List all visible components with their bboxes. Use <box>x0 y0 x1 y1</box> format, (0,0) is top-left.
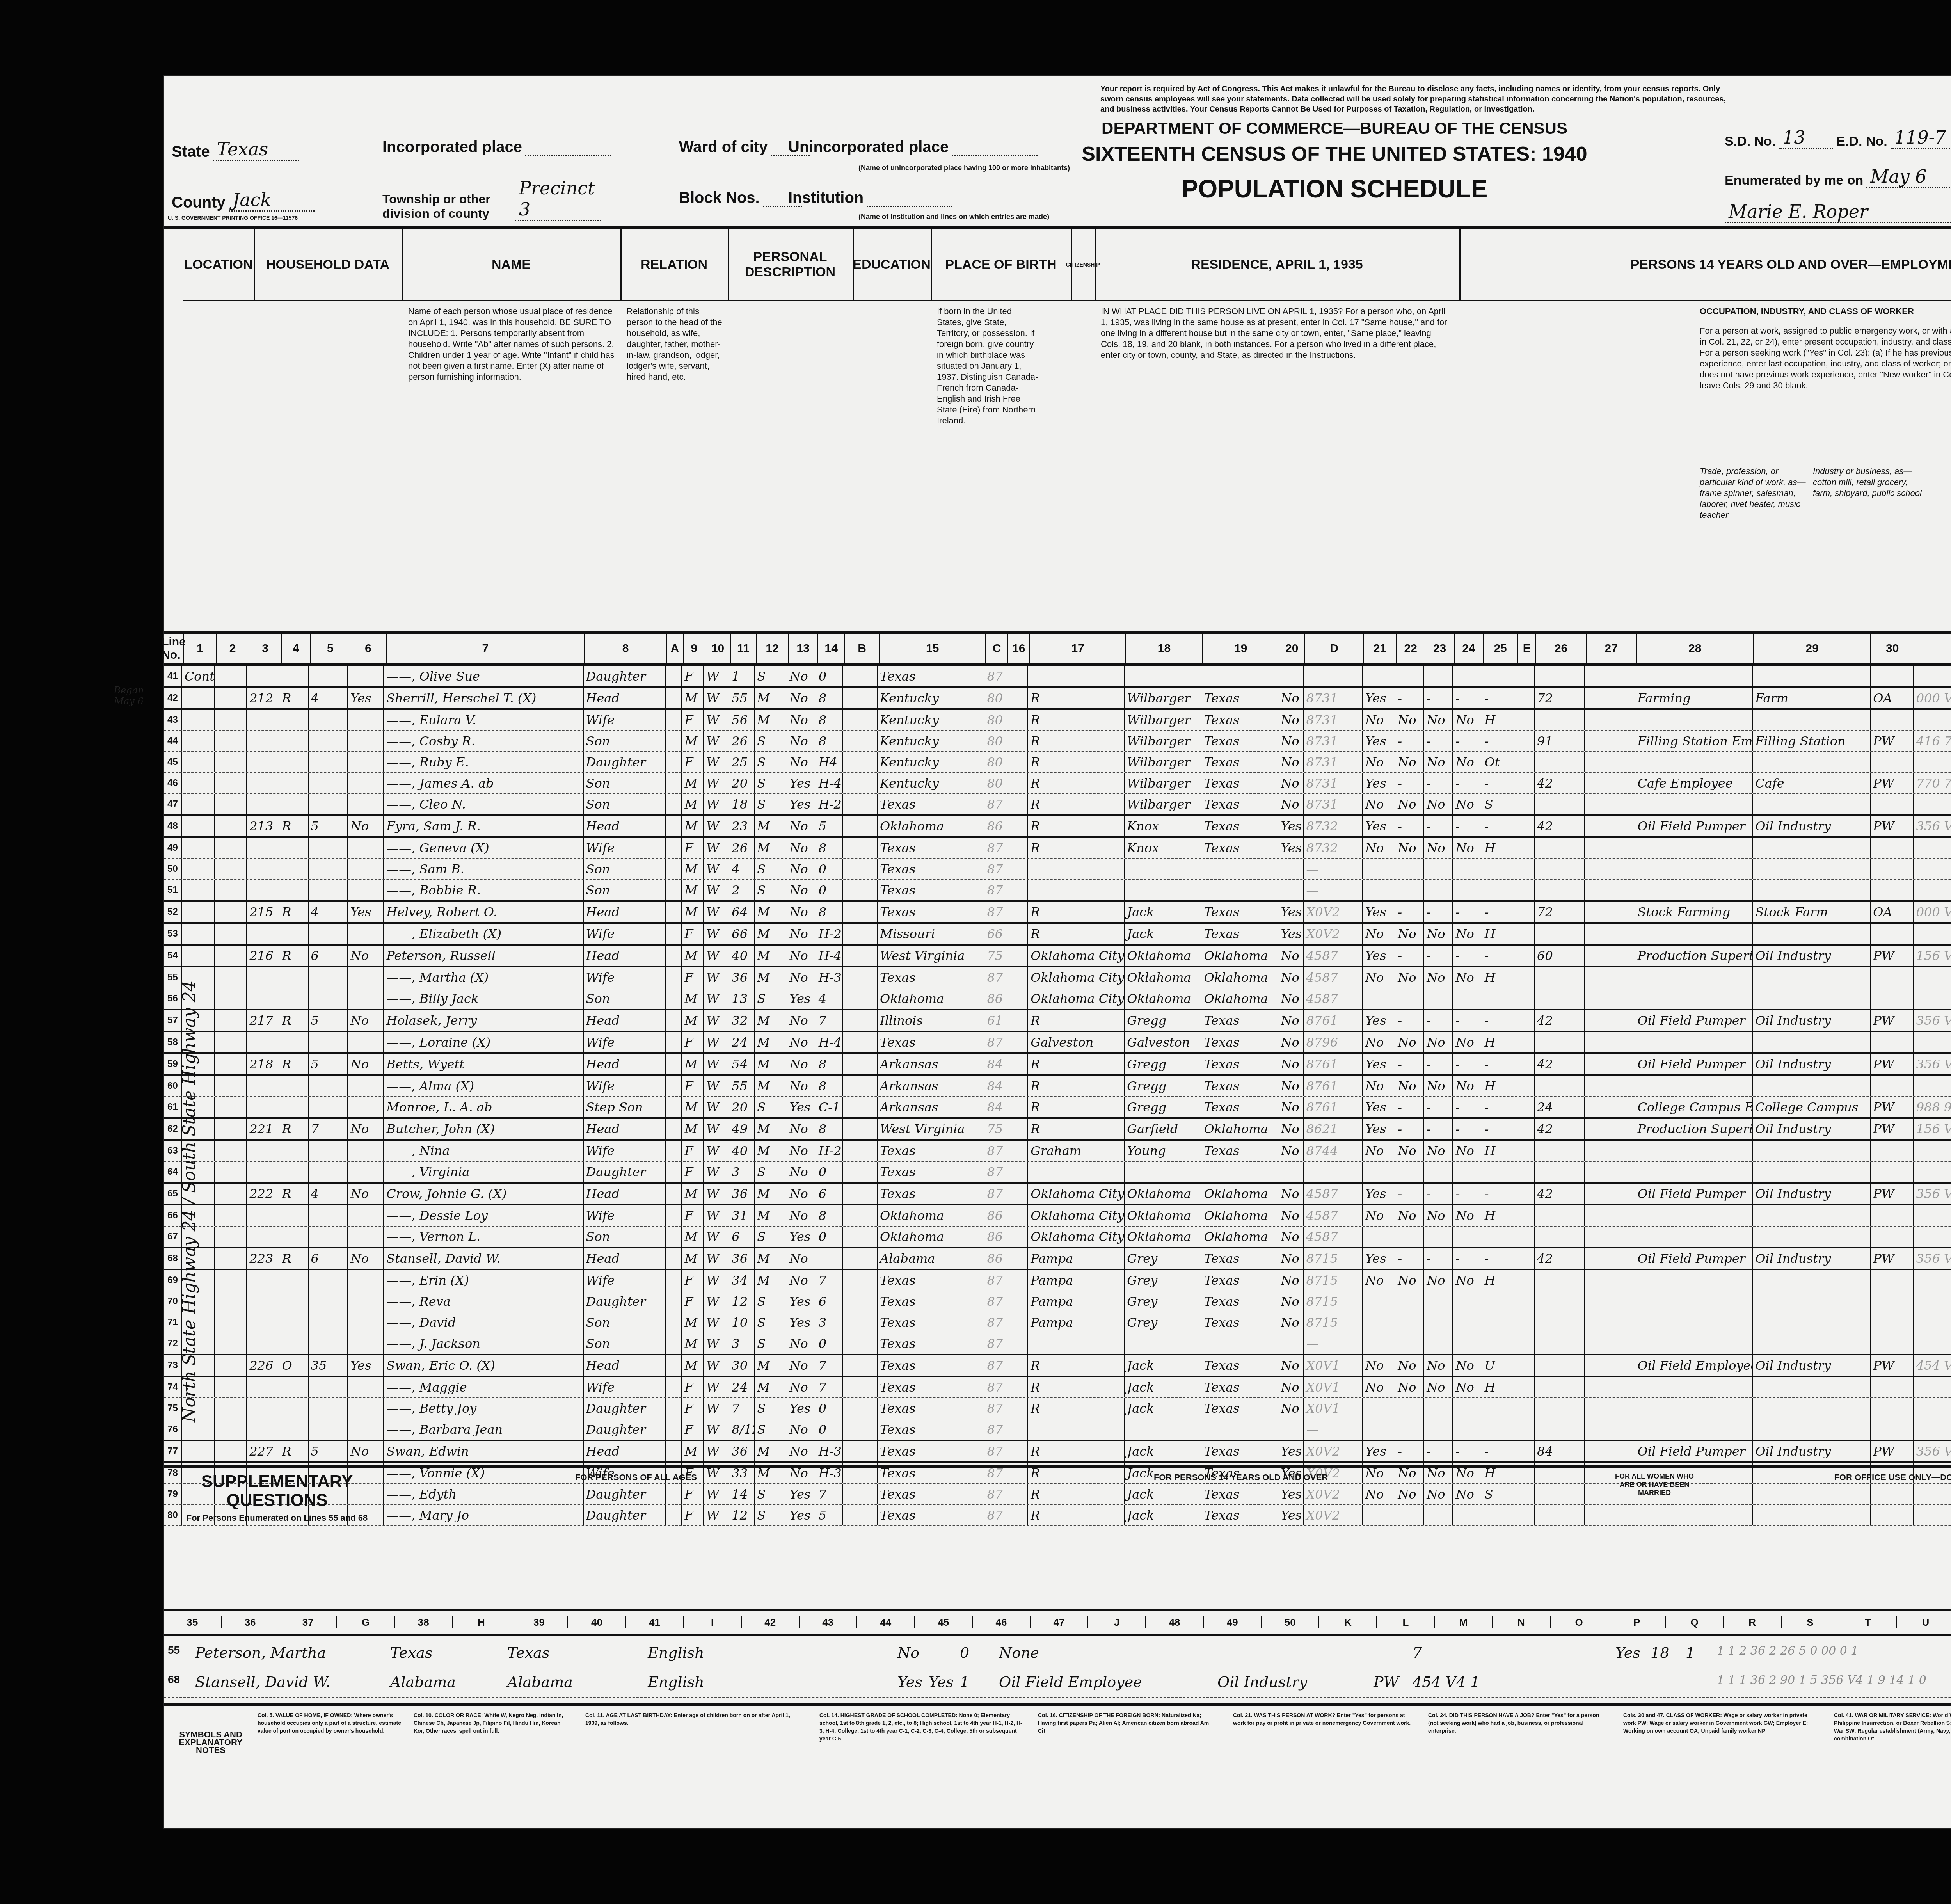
cell-res-code: 4587 <box>1304 1184 1363 1204</box>
cell-ed-code <box>843 859 878 879</box>
cell-birth-code: 75 <box>984 1119 1006 1139</box>
cell-e-code <box>1516 1054 1535 1074</box>
cell-has-job <box>1453 1398 1482 1419</box>
cell-owned <box>279 1377 308 1397</box>
cell-rel-code <box>666 1205 682 1226</box>
cell-seeking <box>1424 1312 1453 1333</box>
cell-value <box>309 773 348 793</box>
cell-other: - <box>1482 1119 1517 1139</box>
cell-age: 36 <box>729 967 755 988</box>
cell-owned: R <box>279 1184 308 1204</box>
cell-hours <box>1535 924 1585 944</box>
cell-house <box>215 1419 247 1440</box>
cell-res-place: R <box>1028 1119 1125 1139</box>
cell-age: 6 <box>729 1227 755 1247</box>
cell-rel-code <box>666 946 682 966</box>
cell-visit <box>247 1205 279 1226</box>
cell-industry <box>1753 880 1871 900</box>
column-number: Line No. <box>164 634 184 663</box>
cell-e-code <box>1516 838 1535 858</box>
column-number: C <box>986 634 1008 663</box>
cell-street <box>182 752 215 772</box>
cell-value <box>309 752 348 772</box>
cell-sex: M <box>682 731 704 751</box>
table-row: 62221R7NoButcher, John (X)HeadMW49MNo8We… <box>164 1119 1951 1141</box>
cell-relation: Head <box>584 1054 666 1074</box>
cell-pub-emerg <box>1395 859 1424 879</box>
cell-res-state: Texas <box>1201 1312 1278 1333</box>
cell-house <box>215 1119 247 1139</box>
note-col41: Col. 41. WAR OR MILITARY SERVICE: World … <box>1834 1711 1951 1742</box>
cell-e-code <box>1516 1377 1535 1397</box>
cell-grade: 6 <box>816 1184 844 1204</box>
cell-visit: 217 <box>247 1010 279 1031</box>
cell-grade: 8 <box>816 731 844 751</box>
cell-name: ——, Olive Sue <box>384 666 583 686</box>
cell-hours <box>1535 794 1585 814</box>
cell-grade: H-4 <box>816 773 844 793</box>
cell-at-work: Yes <box>1363 816 1395 836</box>
cell-industry: Oil Industry <box>1753 1054 1871 1074</box>
cell-e-code <box>1516 773 1535 793</box>
cell-at-work: Yes <box>1363 1184 1395 1204</box>
cell-rel-code <box>666 1419 682 1440</box>
cell-ed-code <box>843 688 878 708</box>
cell-school: No <box>787 902 816 922</box>
cell-res-state <box>1201 1162 1278 1182</box>
cell-unemployed <box>1585 1054 1635 1074</box>
cell-seeking: No <box>1424 794 1453 814</box>
cell-birthplace: Kentucky <box>878 752 984 772</box>
cell-marital: S <box>755 1227 787 1247</box>
cell-grade: H-3 <box>816 1441 844 1461</box>
cell-res-state: Texas <box>1201 1441 1278 1461</box>
cell-seeking: - <box>1424 688 1453 708</box>
cell-pub-emerg: No <box>1395 838 1424 858</box>
cell-visit <box>247 1398 279 1419</box>
cell-code-f: 000 VV 4 <box>1914 902 1951 922</box>
column-number: 23 <box>1425 634 1454 663</box>
cell-ed-code <box>843 666 878 686</box>
cell-other <box>1482 1162 1517 1182</box>
cell-class <box>1871 1227 1914 1247</box>
cell-at-work: No <box>1363 1377 1395 1397</box>
cell-res-county: Oklahoma <box>1125 1184 1201 1204</box>
cell-ed-code <box>843 1032 878 1052</box>
cell-name: ——, Bobbie R. <box>384 880 583 900</box>
cell-owned <box>279 1205 308 1226</box>
note-col14: Col. 14. HIGHEST GRADE OF SCHOOL COMPLET… <box>819 1711 1022 1742</box>
cell-birth-code: 87 <box>984 1441 1006 1461</box>
cell-at-work: No <box>1363 1355 1395 1376</box>
cell-occupation: Oil Field Pumper <box>1635 1248 1753 1269</box>
supp-column-number: R <box>1724 1616 1782 1628</box>
cell-age: 25 <box>729 752 755 772</box>
cell-code-f <box>1914 988 1951 1009</box>
group-location: LOCATION <box>183 229 255 301</box>
cell-res-place: R <box>1028 1355 1125 1376</box>
cell-code-f <box>1914 838 1951 858</box>
cell-res-state: Texas <box>1201 1291 1278 1312</box>
cell-relation: Son <box>584 773 666 793</box>
cell-house <box>215 902 247 922</box>
cell-res-code: — <box>1304 1162 1363 1182</box>
cell-res-state: Texas <box>1201 1355 1278 1376</box>
cell-birthplace: Arkansas <box>878 1076 984 1096</box>
cell-street <box>182 902 215 922</box>
cell-e-code <box>1516 794 1535 814</box>
cell-owned: O <box>279 1355 308 1376</box>
supp-cell-usual-occupation: Oil Field Employee <box>999 1673 1142 1691</box>
cell-res-farm <box>1278 880 1304 900</box>
cell-rel-code <box>666 859 682 879</box>
table-row: 42212R4YesSherrill, Herschel T. (X)HeadM… <box>164 688 1951 710</box>
cell-grade: 7 <box>816 1270 844 1291</box>
cell-visit <box>247 1312 279 1333</box>
cell-school: No <box>787 1377 816 1397</box>
cell-seeking: No <box>1424 1076 1453 1096</box>
cell-school: Yes <box>787 1291 816 1312</box>
cell-birth-code: 84 <box>984 1054 1006 1074</box>
cell-other: H <box>1482 1076 1517 1096</box>
cell-occupation: Oil Field Pumper <box>1635 1184 1753 1204</box>
cell-e-code <box>1516 988 1535 1009</box>
cell-code-f: 000 VV 4 <box>1914 688 1951 708</box>
cell-res-place <box>1028 1333 1125 1354</box>
cell-sex: M <box>682 688 704 708</box>
cell-res-farm: No <box>1278 794 1304 814</box>
supp-column-number: 40 <box>568 1616 626 1628</box>
cell-code-f: 988 91 1 <box>1914 1097 1951 1117</box>
cell-occupation <box>1635 880 1753 900</box>
cell-e-code <box>1516 1248 1535 1269</box>
cell-race: W <box>704 816 729 836</box>
cell-res-county: Grey <box>1125 1291 1201 1312</box>
cell-res-county: Jack <box>1125 902 1201 922</box>
cell-street <box>182 794 215 814</box>
cell-marital: S <box>755 1162 787 1182</box>
cell-seeking <box>1424 1227 1453 1247</box>
supp-office: FOR OFFICE USE ONLY—DO NOT WRITE IN THES… <box>1709 1472 1951 1483</box>
cell-unemployed <box>1585 1227 1635 1247</box>
cell-class <box>1871 1032 1914 1052</box>
column-number: 18 <box>1126 634 1203 663</box>
cell-name: ——, Cosby R. <box>384 731 583 751</box>
cell-farm <box>348 794 384 814</box>
table-row: 67——, Vernon L.SonMW6SYes0Oklahoma86Okla… <box>164 1227 1951 1248</box>
cell-ed-code <box>843 773 878 793</box>
cell-race: W <box>704 1377 729 1397</box>
cell-rel-code <box>666 924 682 944</box>
column-number: 17 <box>1030 634 1126 663</box>
cell-has-job: - <box>1453 1097 1482 1117</box>
cell-occupation: Production Superintendent <box>1635 946 1753 966</box>
table-row: 70——, RevaDaughterFW12SYes6Texas87PampaG… <box>164 1291 1951 1312</box>
cell-visit <box>247 1270 279 1291</box>
cell-relation: Head <box>584 1248 666 1269</box>
table-row: 76——, Barbara JeanDaughterFW8/12SNo0Texa… <box>164 1419 1951 1441</box>
cell-seeking: - <box>1424 1097 1453 1117</box>
cell-house <box>215 1076 247 1096</box>
cell-res-place: Galveston <box>1028 1032 1125 1052</box>
cell-res-place: R <box>1028 902 1125 922</box>
cell-res-county: Wilbarger <box>1125 773 1201 793</box>
group-employment: PERSONS 14 YEARS OLD AND OVER—EMPLOYMENT… <box>1459 229 1951 301</box>
cell-hours <box>1535 880 1585 900</box>
cell-grade: 0 <box>816 666 844 686</box>
cell-hours: 42 <box>1535 1010 1585 1031</box>
cell-res-farm: No <box>1278 1291 1304 1312</box>
cell-has-job: - <box>1453 1054 1482 1074</box>
supp-column-number: K <box>1319 1616 1377 1628</box>
cell-farm <box>348 1377 384 1397</box>
cell-res-farm: Yes <box>1278 924 1304 944</box>
cell-code-f <box>1914 967 1951 988</box>
cell-has-job <box>1453 1419 1482 1440</box>
cell-res-county: Grey <box>1125 1312 1201 1333</box>
cell-cit <box>1006 752 1028 772</box>
cell-owned: R <box>279 1054 308 1074</box>
cell-industry <box>1753 666 1871 686</box>
cell-has-job: No <box>1453 1141 1482 1161</box>
cell-other: H <box>1482 924 1517 944</box>
cell-farm <box>348 1097 384 1117</box>
cell-pub-emerg <box>1395 666 1424 686</box>
cell-school: No <box>787 967 816 988</box>
cell-sex: M <box>682 880 704 900</box>
cell-name: ——, Geneva (X) <box>384 838 583 858</box>
cell-relation: Wife <box>584 924 666 944</box>
cell-visit: 212 <box>247 688 279 708</box>
cell-e-code <box>1516 1441 1535 1461</box>
cell-res-farm: Yes <box>1278 838 1304 858</box>
cell-birthplace: West Virginia <box>878 946 984 966</box>
cell-occupation <box>1635 967 1753 988</box>
supp-column-number: S <box>1782 1616 1839 1628</box>
cell-seeking: No <box>1424 1032 1453 1052</box>
cell-industry <box>1753 1419 1871 1440</box>
table-row: 44——, Cosby R.SonMW26SNo8Kentucky80RWilb… <box>164 731 1951 752</box>
group-residence: RESIDENCE, APRIL 1, 1935 <box>1095 229 1461 301</box>
cell-unemployed <box>1585 1377 1635 1397</box>
cell-grade: 5 <box>816 816 844 836</box>
cell-farm: No <box>348 1248 384 1269</box>
cell-code-f <box>1914 1141 1951 1161</box>
cell-marital: S <box>755 666 787 686</box>
cell-at-work <box>1363 1162 1395 1182</box>
supp-column-number: 42 <box>742 1616 800 1628</box>
cell-other: - <box>1482 1097 1517 1117</box>
table-row: 75——, Betty JoyDaughterFW7SYes0Texas87RJ… <box>164 1398 1951 1419</box>
cell-unemployed <box>1585 731 1635 751</box>
cell-marital: S <box>755 880 787 900</box>
cell-race: W <box>704 1227 729 1247</box>
supp-over14: FOR PERSONS 14 YEARS OLD AND OVER <box>890 1472 1592 1483</box>
cell-at-work: Yes <box>1363 688 1395 708</box>
cell-birthplace: Texas <box>878 1333 984 1354</box>
cell-at-work: Yes <box>1363 946 1395 966</box>
cell-at-work: Yes <box>1363 731 1395 751</box>
cell-ed-code <box>843 946 878 966</box>
cell-code-f <box>1914 859 1951 879</box>
column-number: 6 <box>350 634 386 663</box>
cell-visit <box>247 1419 279 1440</box>
cell-farm <box>348 1205 384 1226</box>
cell-owned: R <box>279 816 308 836</box>
cell-name: Swan, Edwin <box>384 1441 583 1461</box>
cell-pub-emerg: - <box>1395 1441 1424 1461</box>
cell-code-f <box>1914 1205 1951 1226</box>
cell-res-place: R <box>1028 1076 1125 1096</box>
cell-value: 5 <box>309 1054 348 1074</box>
cell-other <box>1482 1227 1517 1247</box>
cell-other: - <box>1482 773 1517 793</box>
cell-res-farm: No <box>1278 1184 1304 1204</box>
cell-res-state <box>1201 859 1278 879</box>
cell-race: W <box>704 1270 729 1291</box>
cell-house <box>215 859 247 879</box>
cell-res-state: Oklahoma <box>1201 967 1278 988</box>
cell-hours: 42 <box>1535 816 1585 836</box>
cell-class <box>1871 1312 1914 1333</box>
cell-relation: Daughter <box>584 1162 666 1182</box>
cell-hours: 42 <box>1535 1248 1585 1269</box>
cell-e-code <box>1516 1227 1535 1247</box>
cell-res-place: Pampa <box>1028 1291 1125 1312</box>
cell-age: 18 <box>729 794 755 814</box>
cell-school: Yes <box>787 1227 816 1247</box>
cell-rel-code <box>666 1032 682 1052</box>
cell-name: Crow, Johnie G. (X) <box>384 1184 583 1204</box>
cell-res-place: Oklahoma City <box>1028 988 1125 1009</box>
cell-grade: C-1 <box>816 1097 844 1117</box>
cell-industry <box>1753 1032 1871 1052</box>
cell-occupation <box>1635 666 1753 686</box>
table-row: 69——, Erin (X)WifeFW34MNo7Texas87PampaGr… <box>164 1270 1951 1291</box>
supp-column-numbers: 353637G38H394041I424344454647J484950KLMN… <box>164 1609 1951 1636</box>
cell-cit <box>1006 1355 1028 1376</box>
cell-code-f: 356 V4 1 <box>1914 1054 1951 1074</box>
cell-house <box>215 1333 247 1354</box>
cell-ed-code <box>843 816 878 836</box>
cell-birthplace: Texas <box>878 1141 984 1161</box>
cell-rel-code <box>666 880 682 900</box>
cell-at-work <box>1363 1227 1395 1247</box>
cell-unemployed <box>1585 967 1635 988</box>
cell-school: No <box>787 880 816 900</box>
cell-seeking <box>1424 1291 1453 1312</box>
cell-res-place: Oklahoma City <box>1028 1205 1125 1226</box>
cell-name: ——, Betty Joy <box>384 1398 583 1419</box>
cell-school: No <box>787 710 816 730</box>
supp-column-number: 43 <box>800 1616 857 1628</box>
table-row: 64——, VirginiaDaughterFW3SNo0Texas87—64 <box>164 1162 1951 1184</box>
cell-cit <box>1006 710 1028 730</box>
cell-hours: 42 <box>1535 1054 1585 1074</box>
cell-res-code: 8731 <box>1304 731 1363 751</box>
cell-relation: Son <box>584 880 666 900</box>
cell-grade: 8 <box>816 688 844 708</box>
gpo-line: U. S. GOVERNMENT PRINTING OFFICE 16—1157… <box>168 215 298 221</box>
cell-res-state: Texas <box>1201 816 1278 836</box>
cell-at-work: No <box>1363 1141 1395 1161</box>
cell-relation: Son <box>584 1312 666 1333</box>
cell-age: 26 <box>729 731 755 751</box>
column-number: 20 <box>1279 634 1305 663</box>
cell-race: W <box>704 1097 729 1117</box>
cell-school: No <box>787 1441 816 1461</box>
cell-code-f: 156 V4 1 <box>1914 1119 1951 1139</box>
column-number: 3 <box>249 634 282 663</box>
cell-farm <box>348 1270 384 1291</box>
cell-res-code: 8732 <box>1304 838 1363 858</box>
cell-pub-emerg: - <box>1395 1097 1424 1117</box>
cell-res-code: X0V2 <box>1304 924 1363 944</box>
cell-res-place: R <box>1028 1054 1125 1074</box>
cell-res-county: Wilbarger <box>1125 794 1201 814</box>
cell-other: H <box>1482 967 1517 988</box>
cell-other: Ot <box>1482 752 1517 772</box>
cell-birth-code: 87 <box>984 1032 1006 1052</box>
cell-relation: Head <box>584 688 666 708</box>
cell-birthplace: Texas <box>878 902 984 922</box>
cell-owned <box>279 1419 308 1440</box>
cell-school: No <box>787 1248 816 1269</box>
cell-owned <box>279 1227 308 1247</box>
cell-seeking: No <box>1424 752 1453 772</box>
cell-hours <box>1535 1205 1585 1226</box>
cell-other: - <box>1482 1054 1517 1074</box>
cell-class <box>1871 838 1914 858</box>
cell-value <box>309 880 348 900</box>
cell-school: No <box>787 731 816 751</box>
cell-e-code <box>1516 946 1535 966</box>
cell-birthplace: Texas <box>878 1162 984 1182</box>
cell-occupation <box>1635 1419 1753 1440</box>
cell-res-place: Oklahoma City <box>1028 1184 1125 1204</box>
supp-cell-code: 7 <box>1413 1644 1422 1661</box>
cell-code-f <box>1914 1398 1951 1419</box>
column-number-row: Line No.12345678A91011121314B15C16171819… <box>164 634 1951 666</box>
table-row: 65222R4NoCrow, Johnie G. (X)HeadMW36MNo6… <box>164 1184 1951 1205</box>
cell-seeking: - <box>1424 816 1453 836</box>
column-number: 1 <box>184 634 217 663</box>
cell-marital: S <box>755 859 787 879</box>
cell-name: ——, David <box>384 1312 583 1333</box>
cell-code-f <box>1914 1419 1951 1440</box>
cell-age: 36 <box>729 1248 755 1269</box>
census-title: SIXTEENTH CENSUS OF THE UNITED STATES: 1… <box>1042 142 1627 166</box>
cell-hours <box>1535 967 1585 988</box>
cell-class: PW <box>1871 816 1914 836</box>
cell-res-place <box>1028 859 1125 879</box>
cell-unemployed <box>1585 1312 1635 1333</box>
cell-birth-code: 87 <box>984 1377 1006 1397</box>
cell-rel-code <box>666 1184 682 1204</box>
cell-at-work <box>1363 1291 1395 1312</box>
cell-name: ——, J. Jackson <box>384 1333 583 1354</box>
cell-race: W <box>704 967 729 988</box>
table-row: 61Monroe, L. A. abStep SonMW20SYesC-1Ark… <box>164 1097 1951 1119</box>
cell-school: Yes <box>787 773 816 793</box>
cell-class <box>1871 1205 1914 1226</box>
cell-age: 54 <box>729 1054 755 1074</box>
cell-value <box>309 1097 348 1117</box>
cell-res-farm: No <box>1278 1097 1304 1117</box>
cell-rel-code <box>666 666 682 686</box>
cell-street <box>182 838 215 858</box>
cell-seeking: No <box>1424 1205 1453 1226</box>
